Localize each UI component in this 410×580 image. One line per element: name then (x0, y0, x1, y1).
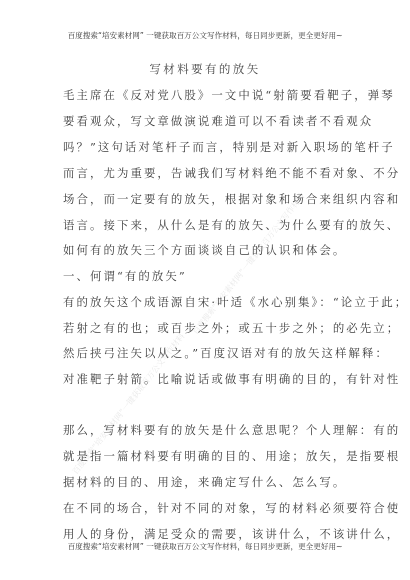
paragraph-line: 那么，写材料要有的放矢是什么意思呢？个人理解：有的 (63, 422, 400, 438)
paragraph-line: 要看观众，写文章做演说难道可以不看读者不看观众 (63, 113, 373, 129)
paragraph-line: 如何有的放矢三个方面谈谈自己的认识和体会。 (63, 242, 346, 258)
paragraph-line: 用人的身份，满足受众的需要，该讲什么，不该讲什么， (63, 526, 400, 542)
paragraph-line: 然后挟弓注矢以从之。”百度汉语对有的放矢这样解释： (63, 345, 389, 361)
paragraph-line: 吗？”这句话对笔杆子而言，特别是对新入职场的笔杆子 (63, 139, 395, 155)
header-promo-banner: 百度搜索“培安素材网” 一键获取百万公文写作材料，每日同步更新，更全更好用~ (0, 30, 410, 41)
paragraph-line: 就是指一篇材料要有明确的目的、用途；放矢，是指要根 (63, 448, 400, 464)
watermark-text: 百度搜索“培安素材网”一键获取百万公文写作材料 (190, 191, 307, 337)
paragraph-line: 毛主席在《反对党八股》一文中说“射箭要看靶子，弹琴 (63, 87, 395, 103)
section-heading: 一、何谓“有的放矢” (63, 268, 187, 284)
paragraph-line: 据材料的目的、用途，来确定写什么、怎么写。 (63, 474, 346, 490)
paragraph-line: 若射之有的也；或百步之外；或五十步之外；的必先立； (63, 320, 400, 336)
paragraph-line: 语言。接下来，从什么是有的放矢、为什么要有的放矢、 (63, 217, 400, 233)
document-title: 写材料要有的放矢 (0, 61, 410, 77)
paragraph-line: 场合，而一定要有的放矢，根据对象和场合来组织内容和 (63, 191, 400, 207)
footer-promo-banner: 百度搜索“培安素材网” 一键获取百万公文写作材料，每日同步更新，更全更好用~ (0, 541, 410, 552)
paragraph-line: 在不同的场合，针对不同的对象，写的材料必须要符合使 (63, 500, 400, 516)
paragraph-line: 有的放矢这个成语源自宋·叶适《水心别集》：“论立于此； (63, 294, 408, 310)
paragraph-line: 而言，尤为重要，告诫我们写材料绝不能不看对象、不分 (63, 165, 400, 181)
document-page: 百度搜索“培安素材网” 一键获取百万公文写作材料，每日同步更新，更全更好用~ 写… (0, 0, 410, 580)
paragraph-line: 对准靶子射箭。比喻说话或做事有明确的目的，有针对性 (63, 371, 400, 387)
